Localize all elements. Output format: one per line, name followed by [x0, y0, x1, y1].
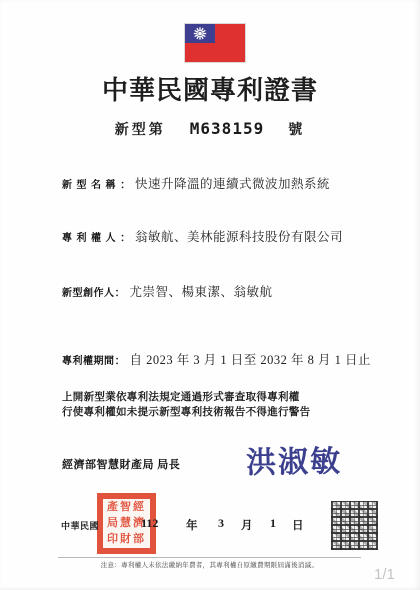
legal-notice-line-2: 行使專利權如未提示新型專利技術報告不得進行警告: [62, 406, 310, 421]
patent-number-suffix: 號: [288, 119, 305, 139]
field-value: 自 2023 年 3 月 1 日至 2032 年 8 月 1 日止: [130, 350, 372, 368]
field-model-name: 新型名稱 ： 快速升降溫的連續式微波加熱系統: [62, 174, 330, 192]
issue-date-day: 1: [270, 516, 276, 531]
field-colon: ：: [115, 352, 126, 368]
field-colon: ：: [115, 284, 126, 300]
field-colon: ：: [120, 229, 131, 245]
director-signature: 洪淑敏: [246, 436, 343, 482]
legal-notice: 上開新型業依專利法規定通過形式審查取得專利權 行使專利權如未提示新型專利技術報告…: [62, 391, 310, 420]
issue-date-year: 112: [141, 516, 158, 531]
field-label: 新型創作人: [62, 284, 115, 299]
field-label: 專利權人: [62, 229, 120, 244]
certificate-title: 中華民國專利證書: [0, 70, 420, 107]
field-colon: ：: [120, 176, 131, 192]
patent-number-line: 新型第 M638159 號: [0, 119, 420, 139]
seal-row: 印財部: [103, 534, 150, 545]
footer-divider: [58, 557, 361, 558]
page-indicator: 1/1: [374, 566, 395, 583]
field-label: 專利權期間: [62, 352, 115, 367]
issuer-title: 經濟部智慧財產局 局長: [62, 456, 180, 472]
field-patent-term: 專利權期間 ： 自 2023 年 3 月 1 日至 2032 年 8 月 1 日…: [62, 350, 371, 368]
issue-date-year-unit: 年: [186, 517, 198, 533]
field-value: 尤崇智、楊東潔、翁敏航: [130, 282, 273, 300]
issue-date-month-unit: 月: [241, 517, 253, 533]
issue-date-month: 3: [218, 516, 224, 531]
field-creators: 新型創作人 ： 尤崇智、楊東潔、翁敏航: [62, 282, 273, 300]
field-value: 翁敏航、美林能源科技股份有限公司: [135, 227, 343, 245]
qr-code: [331, 501, 378, 550]
field-value: 快速升降溫的連續式微波加熱系統: [135, 174, 330, 192]
footer-note: 注意：專利權人未依法繳納年費者，其專利權自原繳費期限屆滿後消滅。: [58, 560, 361, 569]
patent-number: M638159: [190, 119, 264, 138]
issue-date-era: 中華民國: [61, 519, 99, 532]
issue-date-day-unit: 日: [292, 517, 304, 533]
patent-number-prefix: 新型第: [115, 119, 166, 139]
seal-row: 產智經: [103, 502, 150, 513]
patent-certificate-page: 中華民國專利證書 新型第 M638159 號 新型名稱 ： 快速升降溫的連續式微…: [0, 0, 420, 590]
field-label: 新型名稱: [62, 176, 120, 191]
field-patentee: 專利權人 ： 翁敏航、美林能源科技股份有限公司: [62, 227, 343, 245]
taiwan-flag-icon: [185, 24, 245, 62]
legal-notice-line-1: 上開新型業依專利法規定通過形式審查取得專利權: [62, 391, 310, 406]
